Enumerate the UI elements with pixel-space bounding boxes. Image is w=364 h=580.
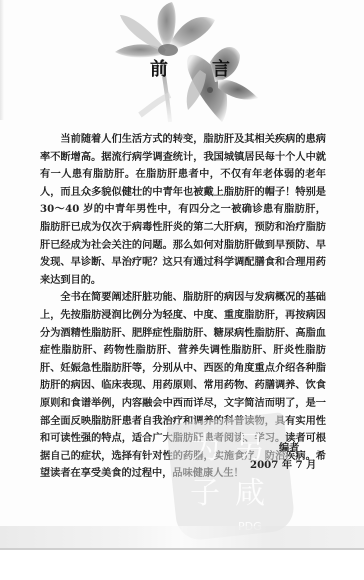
page-bottom-edge	[0, 548, 364, 550]
page-title: 前 言	[150, 55, 230, 81]
seal-glyph-3: 子	[190, 473, 235, 518]
date-label: 2007 年 7 月	[250, 457, 316, 474]
scan-noise-band	[0, 526, 364, 548]
signature-block: 编者 2007 年 7 月	[250, 440, 316, 474]
book-page: 前 言 当前随着人们生活方式的转变，脂肪肝及其相关疾病的患病率不断增高。据流行病…	[0, 0, 364, 548]
page-edge-shadow	[0, 0, 4, 120]
title-char-1: 前	[150, 55, 168, 81]
paragraph-1: 当前随着人们生活方式的转变，脂肪肝及其相关疾病的患病率不断增高。据流行病学调查统…	[40, 131, 326, 289]
author-label: 编者	[250, 440, 316, 457]
seal-glyph-1: 为	[190, 428, 235, 473]
seal-glyph-4: 咸	[235, 473, 280, 518]
title-char-2: 言	[212, 55, 230, 81]
